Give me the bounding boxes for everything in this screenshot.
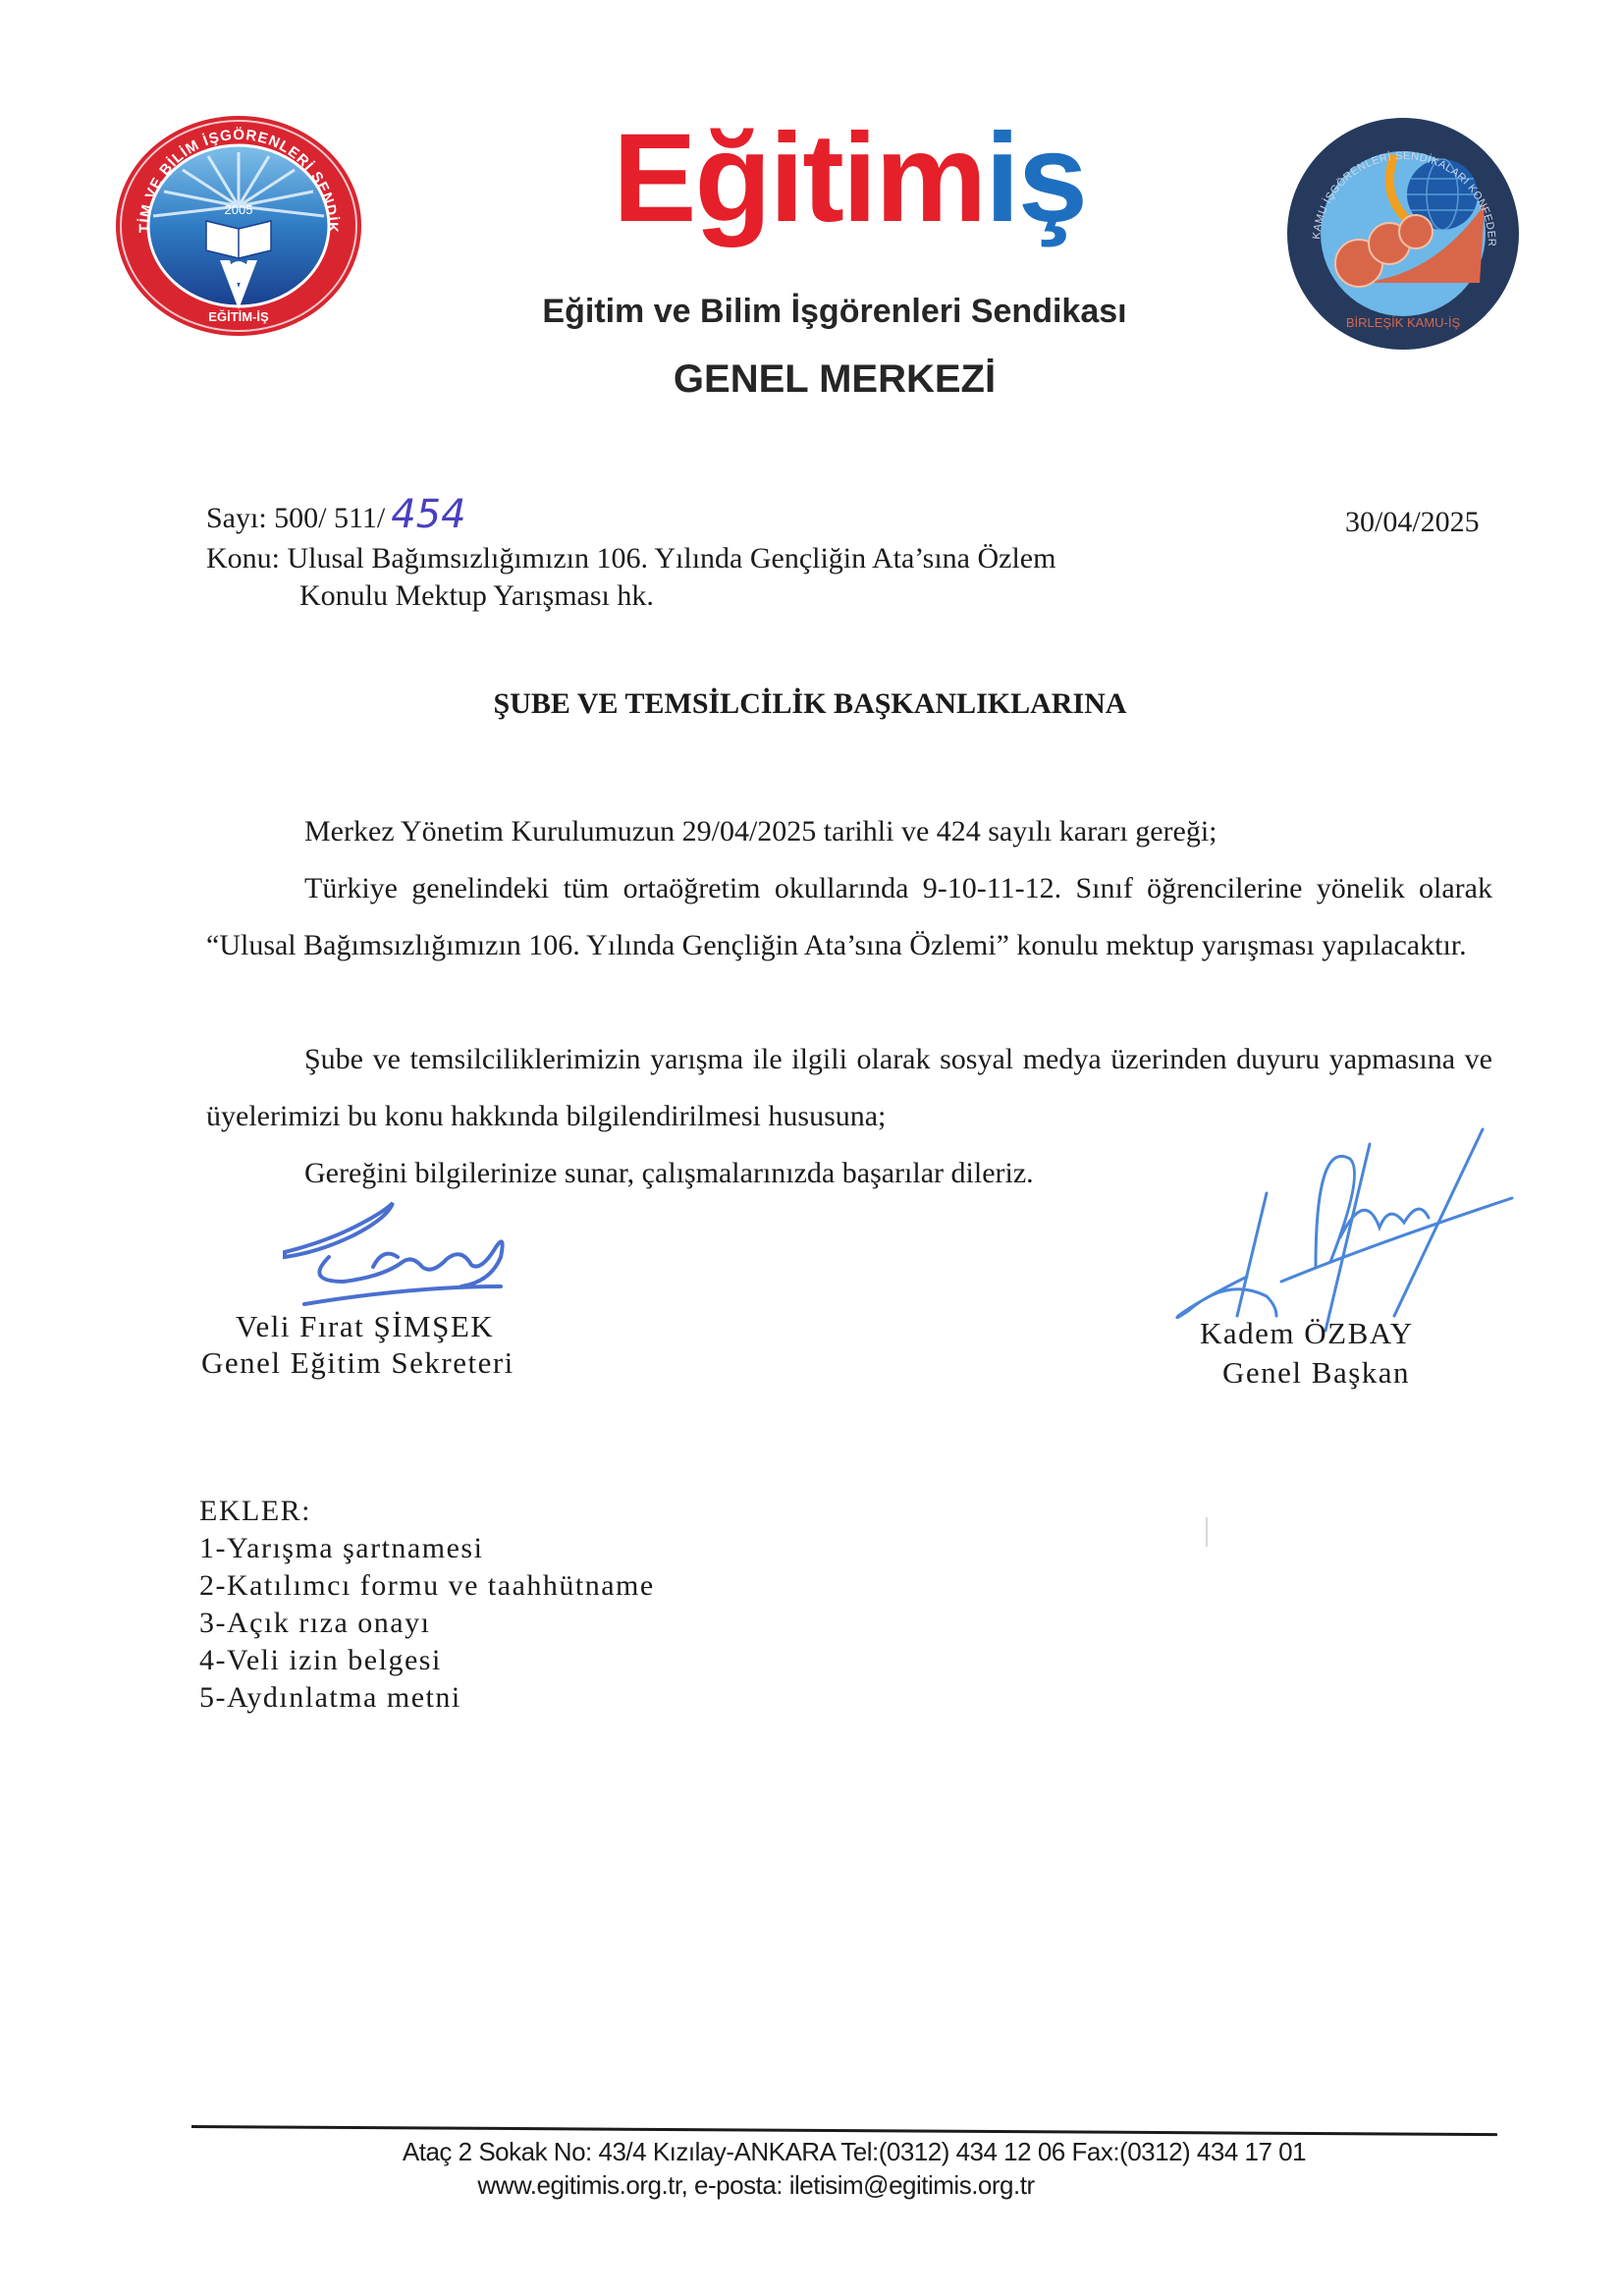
birlesik-kamu-is-logo: BİRLEŞİK KAMU İŞGÖRENLERİ SENDİKALARI KO… [1278, 116, 1529, 352]
organization-subtitle: GENEL MERKEZİ [393, 357, 1276, 402]
egitim-is-logo: 2005 EĞİTİM VE BİLİM İŞGÖRENLERİ SENDİKA… [110, 113, 367, 339]
recipient-heading: ŞUBE VE TEMSİLCİLİK BAŞKANLIKLARINA [196, 687, 1424, 721]
brand-part-red: Eğitim [613, 108, 985, 248]
signatory-right-title: Genel Başkan [1222, 1355, 1410, 1391]
signatory-left-title: Genel Eğitim Sekreteri [201, 1345, 514, 1381]
organization-name: Eğitim ve Bilim İşgörenleri Sendikası [393, 293, 1276, 331]
attachment-item: 1-Yarışma şartnamesi [199, 1530, 655, 1567]
svg-text:EĞİTİM-İŞ: EĞİTİM-İŞ [208, 309, 269, 324]
footer-contact: www.egitimis.org.tr, e-posta: iletisim@e… [191, 2170, 1321, 2201]
attachments-list: EKLER: 1-Yarışma şartnamesi 2-Katılımcı … [199, 1493, 655, 1717]
brand-wordmark: Eğitimiş [545, 116, 1154, 242]
scan-artifact [1206, 1517, 1208, 1547]
attachment-item: 3-Açık rıza onayı [199, 1605, 655, 1642]
reference-label: Sayı: 500/ 511/ [206, 502, 385, 534]
attachment-item: 2-Katılımcı formu ve taahhütname [199, 1567, 655, 1605]
svg-text:BİRLEŞİK KAMU-İŞ: BİRLEŞİK KAMU-İŞ [1346, 315, 1461, 330]
attachment-item: 4-Veli izin belgesi [199, 1642, 655, 1679]
footer-address: Ataç 2 Sokak No: 43/4 Kızılay-ANKARA Tel… [191, 2137, 1517, 2167]
subject-line-1: Konu: Ulusal Bağımsızlığımızın 106. Yılı… [206, 540, 1055, 577]
body-paragraph-2: Türkiye genelindeki tüm ortaöğretim okul… [206, 860, 1492, 974]
signature-left [265, 1188, 530, 1316]
document-date: 30/04/2025 [1345, 506, 1480, 539]
signatory-right-name: Kadem ÖZBAY [1200, 1316, 1414, 1351]
brand-part-blue: iş [985, 108, 1086, 248]
attachments-heading: EKLER: [199, 1493, 655, 1530]
signature-right [1168, 1120, 1532, 1340]
body-paragraph-1: Merkez Yönetim Kurulumuzun 29/04/2025 ta… [304, 803, 1217, 860]
footer-divider [191, 2125, 1497, 2136]
signatory-left-name: Veli Fırat ŞİMŞEK [236, 1309, 494, 1344]
attachment-item: 5-Aydınlatma metni [199, 1679, 655, 1717]
reference-handwritten-number: 454 [391, 492, 465, 537]
svg-text:2005: 2005 [225, 202, 253, 217]
subject-line-2: Konulu Mektup Yarışması hk. [299, 577, 654, 615]
reference-number: Sayı: 500/ 511/454 [206, 496, 466, 537]
